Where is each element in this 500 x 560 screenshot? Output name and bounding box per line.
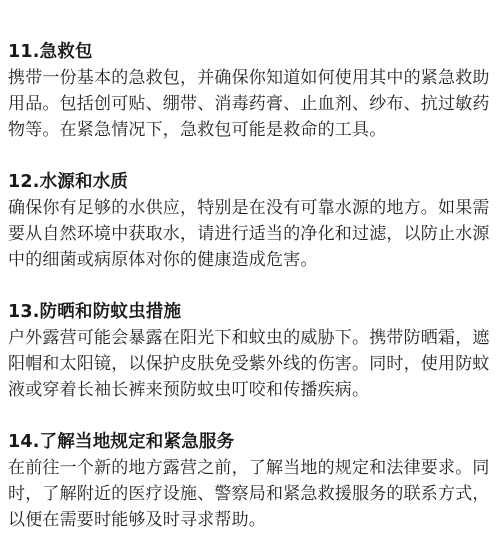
section-heading: 13.防晒和防蚊虫措施 [8, 299, 492, 325]
text-line: 中的细菌或病原体对你的健康造成危害。 [8, 247, 492, 273]
text-line: 阳帽和太阳镜，以保护皮肤免受紫外线的伤害。同时，使用防蚊 [8, 351, 492, 377]
section-sun-insect-protection: 13.防晒和防蚊虫措施 户外露营可能会暴露在阳光下和蚊虫的威胁下。携带防晒霜，遮… [8, 299, 492, 403]
text-line: 在前往一个新的地方露营之前，了解当地的规定和法律要求。同 [8, 455, 492, 481]
section-heading: 14.了解当地规定和紧急服务 [8, 429, 492, 455]
text-line: 户外露营可能会暴露在阳光下和蚊虫的威胁下。携带防晒霜，遮 [8, 325, 492, 351]
text-line: 用品。包括创可贴、绷带、消毒药膏、止血剂、纱布、抗过敏药 [8, 91, 492, 117]
section-heading: 11.急救包 [8, 39, 492, 65]
text-line: 时，了解附近的医疗设施、警察局和紧急救援服务的联系方式， [8, 481, 492, 507]
text-line: 要从自然环境中获取水，请进行适当的净化和过滤，以防止水源 [8, 221, 492, 247]
text-line: 物等。在紧急情况下，急救包可能是救命的工具。 [8, 117, 492, 143]
text-line: 确保你有足够的水供应，特别是在没有可靠水源的地方。如果需 [8, 195, 492, 221]
text-line: 液或穿着长袖长裤来预防蚊虫叮咬和传播疾病。 [8, 377, 492, 403]
section-heading: 12.水源和水质 [8, 169, 492, 195]
article-page: 11.急救包 携带一份基本的急救包，并确保你知道如何使用其中的紧急救助 用品。包… [0, 0, 500, 560]
section-local-rules-emergency: 14.了解当地规定和紧急服务 在前往一个新的地方露营之前，了解当地的规定和法律要… [8, 429, 492, 533]
section-water-source: 12.水源和水质 确保你有足够的水供应，特别是在没有可靠水源的地方。如果需 要从… [8, 169, 492, 273]
text-line: 以便在需要时能够及时寻求帮助。 [8, 507, 492, 533]
section-first-aid-kit: 11.急救包 携带一份基本的急救包，并确保你知道如何使用其中的紧急救助 用品。包… [8, 39, 492, 143]
text-line: 携带一份基本的急救包，并确保你知道如何使用其中的紧急救助 [8, 65, 492, 91]
